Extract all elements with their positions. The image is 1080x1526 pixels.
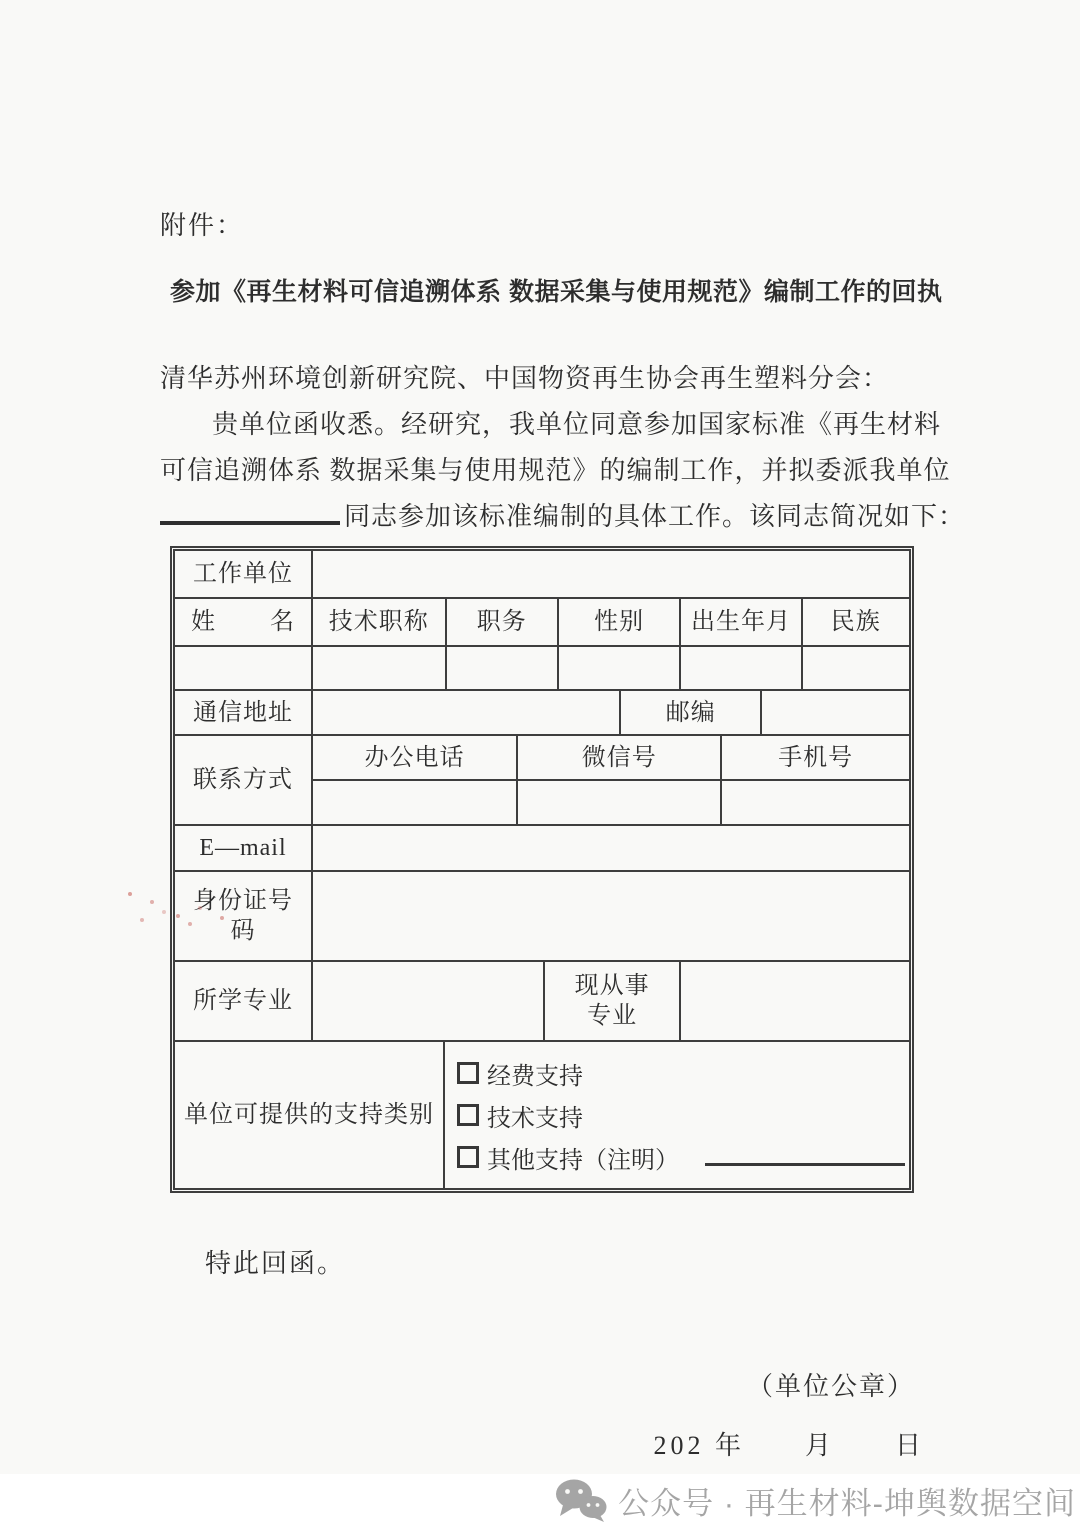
wechat-id-label: 微信号: [518, 736, 722, 779]
date-line: 202 年 月 日: [160, 1425, 925, 1462]
scanned-document-page: 附件： 参加《再生材料可信追溯体系 数据采集与使用规范》编制工作的回执 清华苏州…: [0, 0, 1080, 1526]
name-label-last: 名: [270, 607, 295, 637]
col-header-title: 技术职称: [313, 599, 447, 645]
table-row-work-unit: 工作单位: [175, 551, 909, 599]
watermark: 公众号 · 再生材料-坤舆数据空间: [554, 1478, 1076, 1523]
watermark-footer: 公众号 · 再生材料-坤舆数据空间: [0, 1474, 1080, 1526]
document-title: 参加《再生材料可信追溯体系 数据采集与使用规范》编制工作的回执: [170, 272, 930, 308]
work-unit-label: 工作单位: [175, 551, 313, 597]
name-label-first: 姓: [191, 607, 216, 637]
attachment-label: 附件：: [160, 205, 930, 242]
wechat-id-value-cell: [518, 781, 722, 824]
col-header-gender: 性别: [559, 599, 682, 645]
support-option-label: 技术支持: [487, 1098, 583, 1133]
address-value-cell: [313, 691, 621, 734]
title-value-cell: [313, 647, 447, 689]
support-option-other: 其他支持（注明）: [457, 1140, 905, 1175]
support-type-label: 单位可提供的支持类别: [175, 1042, 445, 1188]
table-row-support: 单位可提供的支持类别 经费支持 技术支持 其他支持（注明）: [175, 1042, 909, 1188]
name-value-cell: [175, 647, 313, 689]
other-support-blank-line: [705, 1148, 905, 1166]
contact-label: 联系方式: [175, 736, 313, 824]
id-number-label: 身份证号码: [175, 872, 313, 960]
scan-artifact-red-speckles: [128, 892, 132, 896]
table-row-email: E—mail: [175, 826, 909, 872]
support-option-label: 经费支持: [487, 1056, 583, 1091]
contact-value-row: [313, 781, 909, 824]
body-line-1: 贵单位函收悉。经研究，我单位同意参加国家标准《再生材料: [160, 402, 930, 448]
postcode-label: 邮编: [621, 691, 762, 734]
gender-value-cell: [559, 647, 682, 689]
col-header-birthdate: 出生年月: [681, 599, 802, 645]
salutation: 清华苏州环境创新研究院、中国物资再生协会再生塑料分会：: [160, 356, 930, 402]
body-line-3-text: 同志参加该标准编制的具体工作。该同志简况如下：: [344, 502, 965, 531]
table-row-address: 通信地址 邮编: [175, 691, 909, 736]
table-row-major: 所学专业 现从事专业: [175, 962, 909, 1042]
major-value-cell: [313, 962, 545, 1040]
reply-form-table: 工作单位 姓 名 技术职称 职务 性别 出生年月 民族: [170, 546, 914, 1193]
major-label: 所学专业: [175, 962, 313, 1040]
body-line-3: 同志参加该标准编制的具体工作。该同志简况如下：: [160, 494, 930, 540]
table-row-name-header: 姓 名 技术职称 职务 性别 出生年月 民族: [175, 599, 909, 647]
position-value-cell: [447, 647, 559, 689]
document-content: 附件： 参加《再生材料可信追溯体系 数据采集与使用规范》编制工作的回执 清华苏州…: [0, 0, 1080, 1462]
email-label: E—mail: [175, 826, 313, 870]
checkbox-icon: [457, 1146, 479, 1168]
id-number-value-cell: [313, 872, 909, 960]
support-option-funding: 经费支持: [457, 1056, 583, 1091]
letter-body: 清华苏州环境创新研究院、中国物资再生协会再生塑料分会： 贵单位函收悉。经研究，我…: [160, 356, 930, 540]
current-major-label: 现从事专业: [545, 962, 682, 1040]
wechat-icon: [554, 1478, 608, 1522]
contact-header-row: 办公电话 微信号 手机号: [313, 736, 909, 781]
col-header-position: 职务: [447, 599, 559, 645]
seal-note: （单位公章）: [160, 1366, 915, 1403]
support-option-label: 其他支持（注明）: [487, 1140, 679, 1175]
work-unit-value-cell: [313, 551, 909, 597]
table-row-name-values: [175, 647, 909, 691]
closing-line: 特此回函。: [205, 1243, 930, 1280]
support-options-cell: 经费支持 技术支持 其他支持（注明）: [445, 1042, 909, 1188]
name-label: 姓 名: [175, 599, 313, 645]
table-row-contact: 联系方式 办公电话 微信号 手机号: [175, 736, 909, 826]
checkbox-icon: [457, 1104, 479, 1126]
address-label: 通信地址: [175, 691, 313, 734]
mobile-value-cell: [722, 781, 909, 824]
mobile-label: 手机号: [722, 736, 909, 779]
fill-in-blank-line: [160, 503, 340, 525]
support-option-technical: 技术支持: [457, 1098, 583, 1133]
body-line-2: 可信追溯体系 数据采集与使用规范》的编制工作，并拟委派我单位: [160, 448, 930, 494]
birthdate-value-cell: [681, 647, 802, 689]
watermark-text: 公众号 · 再生材料-坤舆数据空间: [618, 1478, 1076, 1523]
table-row-id-number: 身份证号码: [175, 872, 909, 962]
email-value-cell: [313, 826, 909, 870]
checkbox-icon: [457, 1062, 479, 1084]
col-header-ethnicity: 民族: [803, 599, 909, 645]
office-phone-label: 办公电话: [313, 736, 518, 779]
current-major-value-cell: [681, 962, 909, 1040]
ethnicity-value-cell: [803, 647, 909, 689]
office-phone-value-cell: [313, 781, 518, 824]
contact-subtable: 办公电话 微信号 手机号: [313, 736, 909, 824]
postcode-value-cell: [762, 691, 909, 734]
